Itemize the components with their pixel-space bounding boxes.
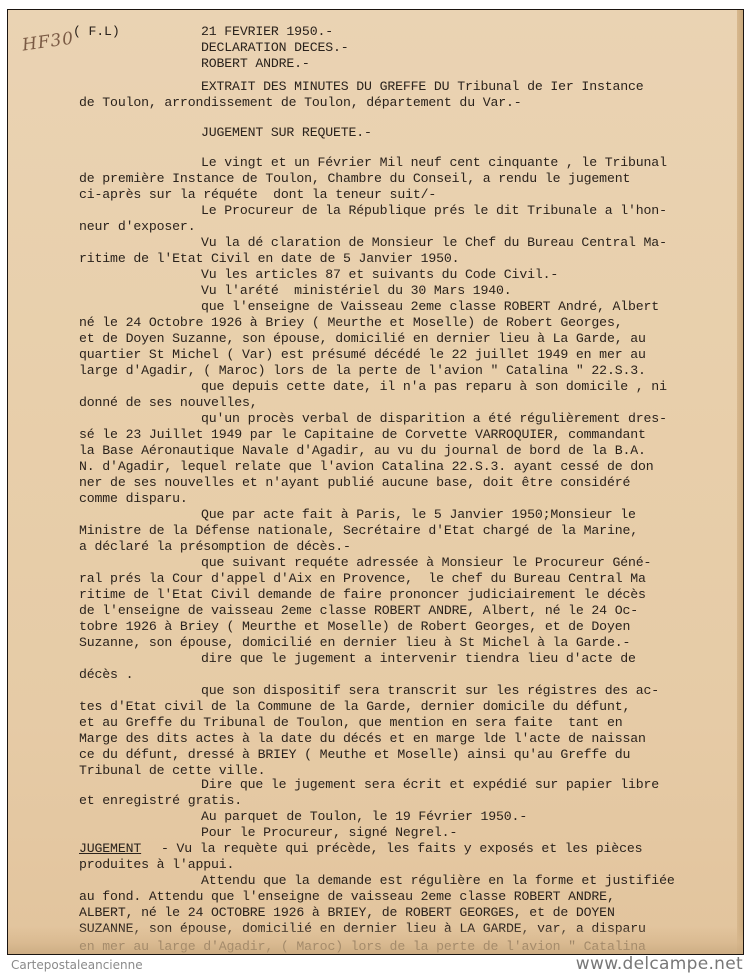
document-line: Que par acte fait à Paris, le 5 Janvier … (201, 508, 636, 522)
document-line: Dire que le jugement sera écrit et expéd… (201, 778, 659, 792)
document-line: sé le 23 Juillet 1949 par le Capitaine d… (79, 428, 646, 442)
document-line: Le vingt et un Février Mil neuf cent cin… (201, 156, 667, 170)
handwritten-reference: HF30 (21, 28, 76, 55)
paper-edge (737, 10, 743, 954)
document-line: SUZANNE, son épouse, domicilié en dernie… (79, 922, 646, 936)
document-page: HF30 ( F.L) 21 FEVRIER 1950.- DECLARATIO… (7, 9, 744, 955)
document-line: décès . (79, 668, 133, 682)
document-line: qu'un procès verbal de disparition a été… (201, 412, 667, 426)
document-line: EXTRAIT DES MINUTES DU GREFFE DU Tribuna… (201, 80, 644, 94)
document-line: et de Doyen Suzanne, son épouse, domicil… (79, 332, 646, 346)
document-line: Suzanne, son épouse, domicilié en dernie… (79, 636, 630, 650)
document-line: et enregistré gratis. (79, 794, 242, 808)
document-line: Vu les articles 87 et suivants du Code C… (201, 268, 558, 282)
document-line: ALBERT, né le 24 OCTOBRE 1926 à BRIEY, d… (79, 906, 615, 920)
document-line: ritime de l'Etat Civil demande de faire … (79, 588, 646, 602)
document-line: produites à l'appui. (79, 858, 234, 872)
document-line: dire que le jugement a intervenir tiendr… (201, 652, 636, 666)
document-line: quartier St Michel ( Var) est présumé dé… (79, 348, 646, 362)
document-line: a déclaré la présomption de décès.- (79, 540, 351, 554)
document-line: ci-après sur la réquéte dont la teneur s… (79, 188, 436, 202)
document-line: ritime de l'Etat Civil en date de 5 Janv… (79, 252, 459, 266)
document-line: Pour le Procureur, signé Negrel.- (201, 826, 457, 840)
document-line: la Base Aéronautique Navale d'Agadir, au… (79, 444, 646, 458)
document-line: que son dispositif sera transcrit sur le… (201, 684, 659, 698)
document-line: Attendu que la demande est régulière en … (201, 874, 675, 888)
document-line: ral prés la Cour d'appel d'Aix en Proven… (79, 572, 646, 586)
document-line: Ministre de la Défense nationale, Secrét… (79, 524, 638, 538)
document-line: de Toulon, arrondissement de Toulon, dép… (79, 96, 522, 110)
document-line: que suivant requéte adressée à Monsieur … (201, 556, 651, 570)
document-line: de l'enseigne de vaisseau 2eme classe RO… (79, 604, 638, 618)
document-line: JUGEMENT (79, 842, 141, 856)
header-date: 21 FEVRIER 1950.- (201, 25, 333, 39)
document-line: que l'enseigne de Vaisseau 2eme classe R… (201, 300, 659, 314)
footer-source: Cartepostaleancienne (11, 958, 143, 972)
document-line: que depuis cette date, il n'a pas reparu… (201, 380, 667, 394)
document-line: et au Greffe du Tribunal de Toulon, que … (79, 716, 622, 730)
document-line: né le 24 Octobre 1926 à Briey ( Meurthe … (79, 316, 622, 330)
header-code: ( F.L) (73, 25, 120, 39)
footer-watermark: www.delcampe.net (576, 954, 743, 974)
document-line: large d'Agadir, ( Maroc) lors de la pert… (79, 364, 646, 378)
document-line: Au parquet de Toulon, le 19 Février 1950… (201, 810, 527, 824)
document-line: tes d'Etat civil de la Commune de la Gar… (79, 700, 630, 714)
document-line: neur d'exposer. (79, 220, 195, 234)
document-line: Vu la dé claration de Monsieur le Chef d… (201, 236, 667, 250)
document-line: - Vu la requète qui précède, les faits y… (161, 842, 642, 856)
header-subject: DECLARATION DECES.- (201, 41, 349, 55)
document-line: JUGEMENT SUR REQUETE.- (201, 126, 372, 140)
document-line: en mer au large d'Agadir, ( Maroc) lors … (79, 940, 646, 954)
header-name: ROBERT ANDRE.- (201, 57, 310, 71)
document-line: Marge des dits actes à la date du décés … (79, 732, 646, 746)
document-line: au fond. Attendu que l'enseigne de vaiss… (79, 890, 615, 904)
document-line: N. d'Agadir, lequel relate que l'avion C… (79, 460, 654, 474)
document-line: Vu l'arété ministériel du 30 Mars 1940. (201, 284, 512, 298)
document-line: donné de ses nouvelles, (79, 396, 258, 410)
document-line: Le Procureur de la République prés le di… (201, 204, 667, 218)
document-line: Tribunal de cette ville. (79, 764, 265, 778)
document-line: ce du défunt, dressé à BRIEY ( Meuthe et… (79, 748, 630, 762)
document-line: de première Instance de Toulon, Chambre … (79, 172, 630, 186)
document-line: tobre 1926 à Briey ( Meurthe et Moselle)… (79, 620, 630, 634)
document-line: ner de ses nouvelles et n'ayant publié a… (79, 476, 630, 490)
document-line: comme disparu. (79, 492, 188, 506)
